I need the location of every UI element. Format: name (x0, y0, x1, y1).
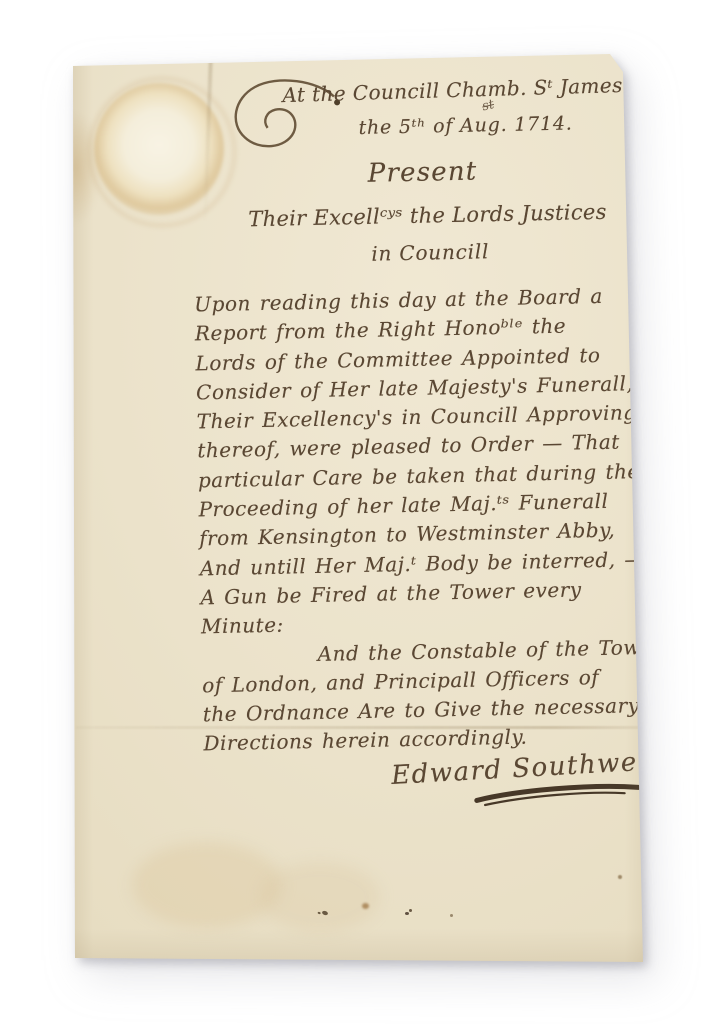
photo-background: At the Councill Chamb. Sᵗ James's the 5ᵗ… (0, 0, 710, 1024)
manuscript-body: Upon reading this day at the Board a Rep… (194, 281, 658, 759)
paper-sheet: At the Councill Chamb. Sᵗ James's the 5ᵗ… (70, 50, 648, 965)
handwritten-text-layer: At the Councill Chamb. Sᵗ James's the 5ᵗ… (61, 44, 658, 971)
manuscript-page: At the Councill Chamb. Sᵗ James's the 5ᵗ… (70, 50, 648, 965)
header-in-councill-line: in Councill (215, 236, 645, 269)
header-lords-justices-line: Their Excellᶜʸˢ the Lords Justices (212, 199, 642, 232)
